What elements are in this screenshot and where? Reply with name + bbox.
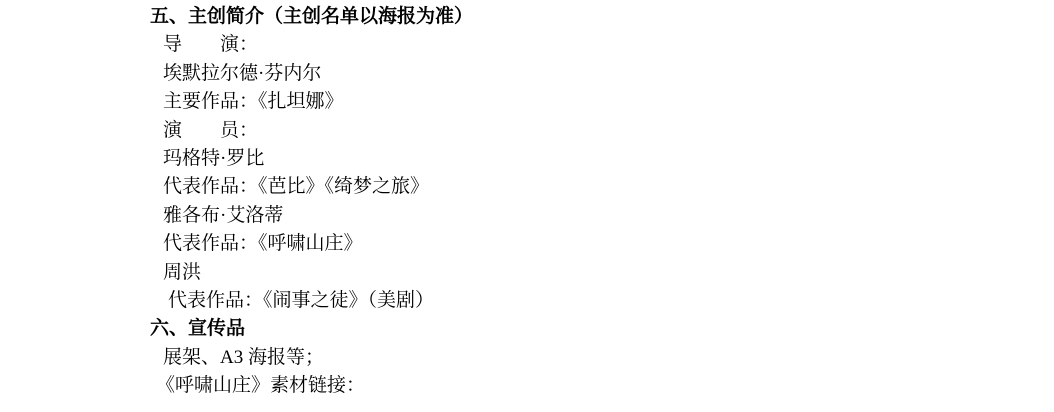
section-6-heading: 六、宣传品 bbox=[150, 315, 1054, 343]
material-link-label: 《呼啸山庄》素材链接： bbox=[156, 372, 1054, 400]
director-works: 主要作品：《扎坦娜》 bbox=[163, 88, 1054, 116]
director-name: 埃默拉尔德·芬内尔 bbox=[163, 60, 1054, 88]
cast-name-2: 雅各布·艾洛蒂 bbox=[163, 202, 1054, 230]
director-label: 导 演： bbox=[163, 31, 1054, 59]
cast-works-2: 代表作品：《呼啸山庄》 bbox=[163, 230, 1054, 258]
promo-item-1: 展架、A3 海报等； bbox=[163, 344, 1054, 372]
section-5-heading: 五、主创简介（主创名单以海报为准） bbox=[150, 3, 1054, 31]
document-page: 五、主创简介（主创名单以海报为准） 导 演： 埃默拉尔德·芬内尔 主要作品：《扎… bbox=[0, 0, 1054, 412]
cast-name-3: 周洪 bbox=[163, 259, 1054, 287]
cast-works-3: 代表作品：《闹事之徒》（美剧） bbox=[168, 287, 1054, 315]
cast-label: 演 员： bbox=[163, 117, 1054, 145]
cast-name-1: 玛格特·罗比 bbox=[163, 145, 1054, 173]
cast-works-1: 代表作品：《芭比》《绮梦之旅》 bbox=[163, 173, 1054, 201]
